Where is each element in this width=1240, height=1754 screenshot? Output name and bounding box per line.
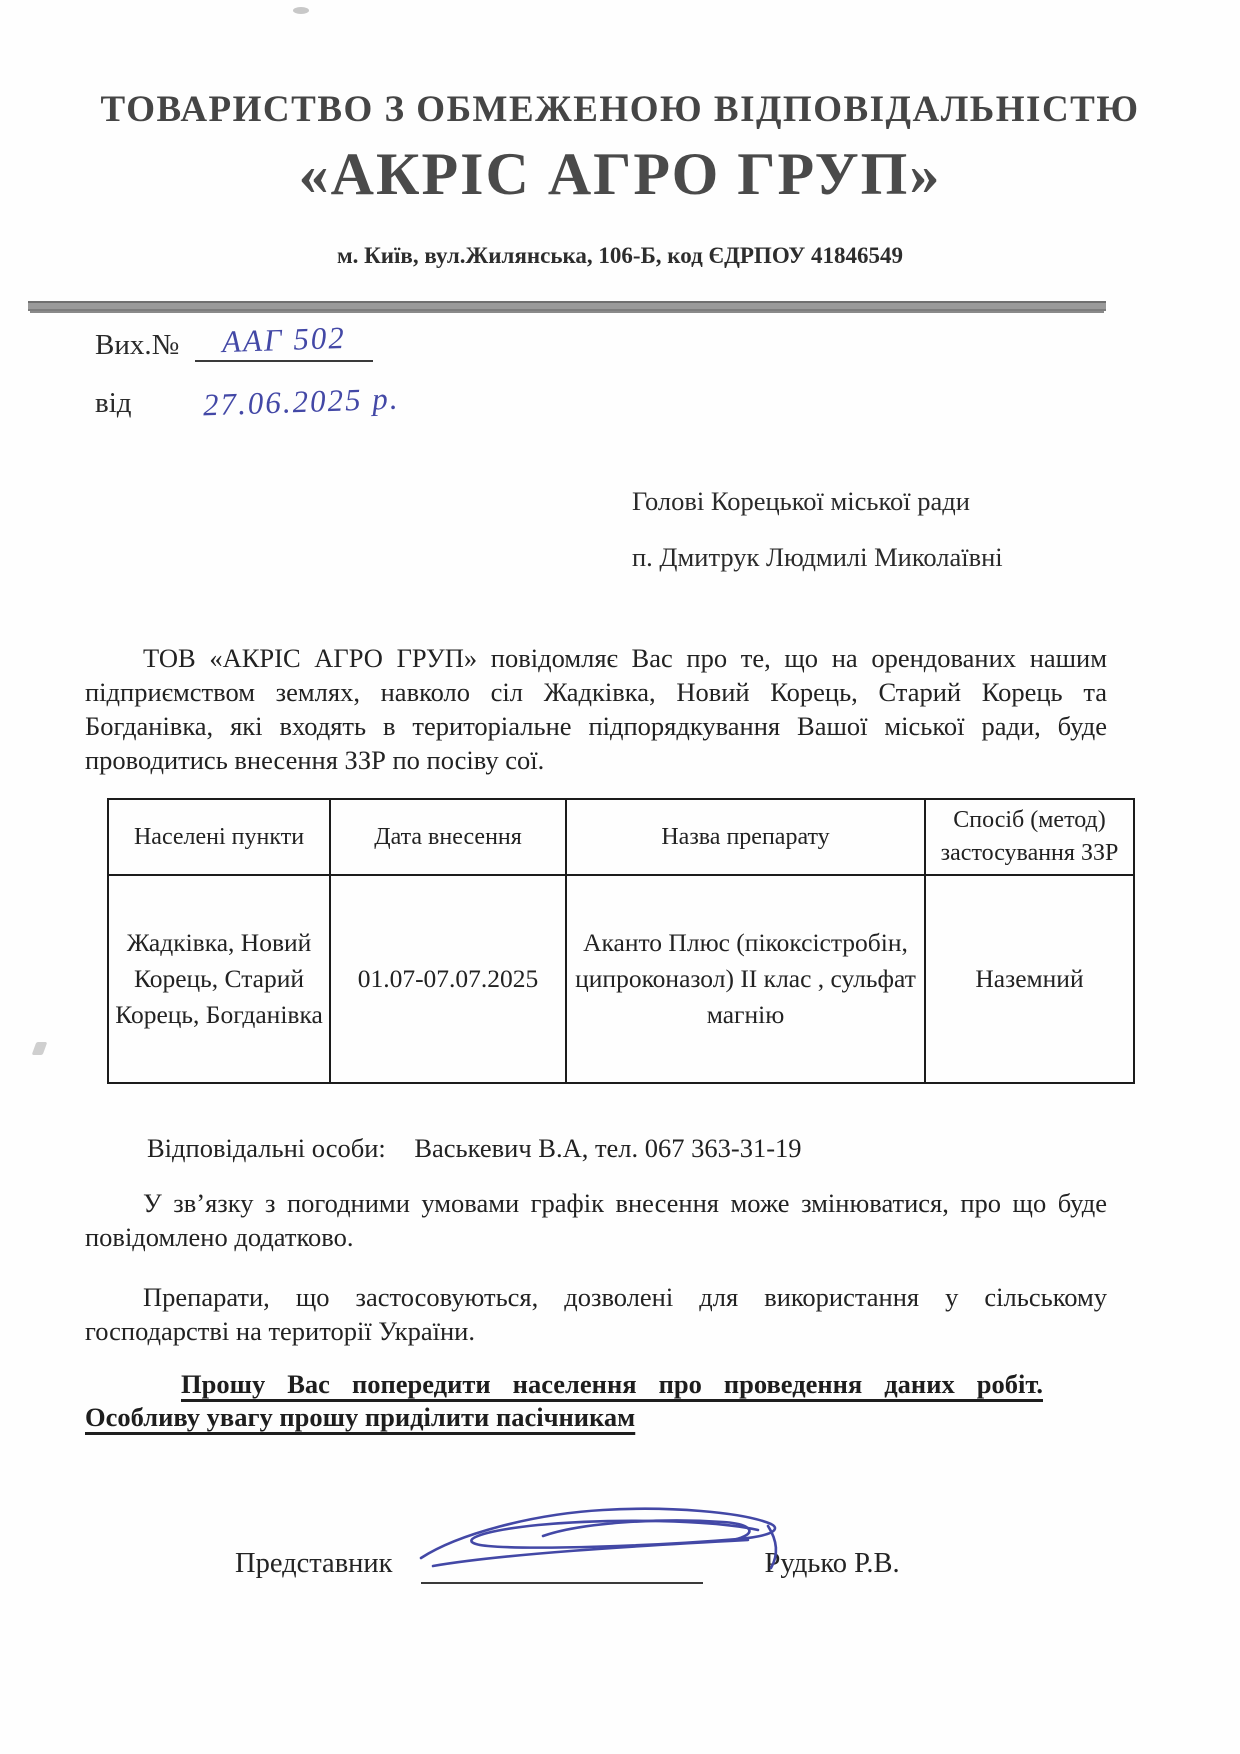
scan-artifact [293,7,309,14]
table-row: Жадківка, Новий Корець, Старий Корець, Б… [108,875,1134,1083]
date-label: від [95,387,132,419]
letter-page: ТОВАРИСТВО З ОБМЕЖЕНОЮ ВІДПОВІДАЛЬНІСТЮ … [0,0,1240,1754]
outgoing-number-line: Вих.№ААГ 502 [95,322,373,362]
signature-role-label: Представник [235,1548,393,1584]
company-type: ТОВАРИСТВО З ОБМЕЖЕНОЮ ВІДПОВІДАЛЬНІСТЮ [0,88,1240,131]
cell-method: Наземний [925,875,1134,1083]
outgoing-number-label: Вих.№ [95,329,179,361]
outgoing-number-value-handwritten: ААГ 502 [222,320,347,360]
warning-line-2: Особливу увагу прошу приділити пасічника… [85,1401,1043,1434]
application-schedule-table: Населені пункти Дата внесення Назва преп… [107,798,1135,1084]
signature-line [421,1536,703,1584]
approval-paragraph: Препарати, що застосовуються, дозволені … [85,1280,1107,1348]
header-preparation: Назва препарату [566,799,925,875]
date-line: від27.06.2025 р. [95,384,402,420]
table-header-row: Населені пункти Дата внесення Назва преп… [108,799,1134,875]
company-name: «АКРІС АГРО ГРУП» [0,140,1240,209]
scan-artifact [32,1042,48,1055]
date-value-handwritten: 27.06.2025 р. [203,381,401,424]
header-settlements: Населені пункти [108,799,330,875]
recipient-name: п. Дмитрук Людмилі Миколаївні [632,529,1003,585]
letterhead-divider [28,301,1106,311]
warning-line-1: Прошу Вас попередити населення про прове… [85,1368,1043,1401]
responsible-label: Відповідальні особи: [147,1133,386,1163]
warning-paragraph: Прошу Вас попередити населення про прове… [85,1368,1043,1434]
signature-block: Представник Рудько Р.В. [235,1512,900,1584]
recipient-title: Голові Корецької міської ради [632,473,1003,529]
cell-preparation: Аканто Плюс (пікоксістробін, ципроконазо… [566,875,925,1083]
recipient-block: Голові Корецької міської ради п. Дмитрук… [632,473,1003,585]
cell-date: 01.07-07.07.2025 [330,875,566,1083]
cell-settlements: Жадківка, Новий Корець, Старий Корець, Б… [108,875,330,1083]
weather-paragraph: У зв’язку з погодними умовами графік вне… [85,1186,1107,1254]
responsible-value: Васькевич В.А, тел. 067 363-31-19 [414,1133,801,1163]
header-method: Спосіб (метод) застосування ЗЗР [925,799,1134,875]
header-date: Дата внесення [330,799,566,875]
responsible-persons-line: Відповідальні особи: Васькевич В.А, тел.… [147,1133,802,1164]
signature-scribble [403,1496,795,1596]
intro-paragraph: ТОВ «АКРІС АГРО ГРУП» повідомляє Вас про… [85,641,1107,777]
company-address: м. Київ, вул.Жилянська, 106-Б, код ЄДРПО… [0,243,1240,269]
